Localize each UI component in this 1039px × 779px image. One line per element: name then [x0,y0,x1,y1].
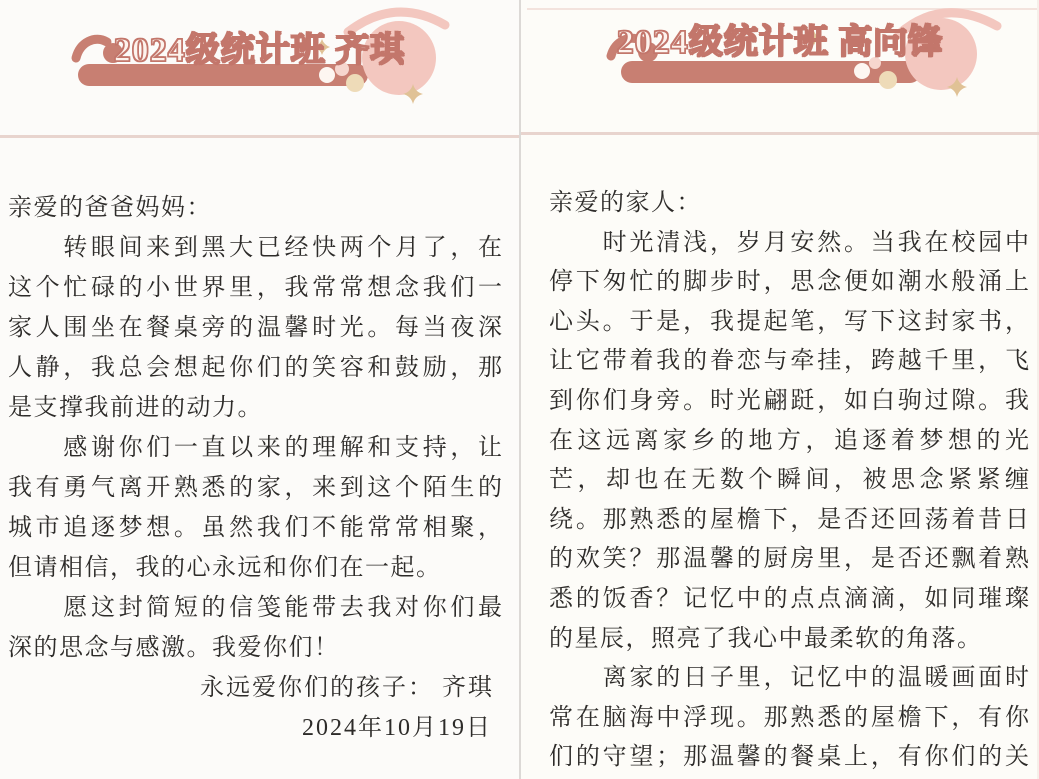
letter-line: 让它带着我的眷恋与牵挂，跨越千里，飞 [549,342,1029,382]
letter-line: 亲爱的家人： [549,184,1029,224]
date-line: 2024年10月19日 [8,708,502,748]
letter-body-gaoxiangfeng: 亲爱的家人： 时光清浅，岁月安然。当我在校园中 停下匆忙的脚步时，思念便如潮水般… [549,184,1029,778]
header-divider [521,132,1039,135]
letter-line: 芒，却也在无数个瞬间，被思念紧紧缠 [549,461,1029,501]
letter-line: 是支撑我前进的动力。 [8,388,502,428]
letter-line: 时光清浅，岁月安然。当我在校园中 [549,224,1029,264]
letter-line: 离家的日子里，记忆中的温暖画面时 [549,659,1029,699]
letter-line: 深的思念与感激。我爱你们！ [8,628,502,668]
dot-white [854,63,870,79]
letter-line: 这个忙碌的小世界里，我常常想念我们一 [8,268,502,308]
letter-line: 的欢笑？那温馨的厨房里，是否还飘着熟 [549,540,1029,580]
letter-line: 感谢你们一直以来的理解和支持，让 [8,428,502,468]
letter-line: 转眼间来到黑大已经快两个月了，在 [8,228,502,268]
letter-line: 城市追逐梦想。虽然我们不能常常相聚， [8,508,502,548]
letter-line: 绕。那熟悉的屋檐下，是否还回荡着昔日 [549,501,1029,541]
letter-line: 的星辰，照亮了我心中最柔软的角落。 [549,620,1029,660]
dot-gold [879,71,897,89]
dot-white [319,67,335,83]
banner-title-gaoxiangfeng: 2024级统计班 高向锋 [521,25,1039,61]
letter-line: 但请相信，我的心永远和你们在一起。 [8,548,502,588]
letter-line: 到你们身旁。时光翩跹，如白驹过隙。我 [549,382,1029,422]
letter-page-gaoxiangfeng: 2024级统计班 高向锋 亲爱的家人： 时光清浅，岁月安然。当我在校园中 停下匆… [521,0,1039,779]
letter-line: 悉的饭香？记忆中的点点滴滴，如同璀璨 [549,580,1029,620]
letter-line: 亲爱的爸爸妈妈： [8,188,502,228]
letter-line: 心头。于是，我提起笔，写下这封家书， [549,303,1029,343]
banner-decoration [0,0,519,140]
letter-line: 们的守望；那温馨的餐桌上，有你们的关 [549,738,1029,778]
banner-qiqi: 2024级统计班 齐琪 [0,0,519,140]
header-divider [0,135,519,138]
banner-title-qiqi: 2024级统计班 齐琪 [0,33,519,69]
letter-page-qiqi: 2024级统计班 齐琪 亲爱的爸爸妈妈： 转眼间来到黑大已经快两个月了，在 这个… [0,0,519,779]
letter-line: 家人围坐在餐桌旁的温馨时光。每当夜深 [8,308,502,348]
signature-line: 永远爱你们的孩子： 齐琪 [8,668,502,708]
letter-body-qiqi: 亲爱的爸爸妈妈： 转眼间来到黑大已经快两个月了，在 这个忙碌的小世界里，我常常想… [8,188,502,748]
banner-decoration [521,0,1039,140]
letter-line: 愿这封简短的信笺能带去我对你们最 [8,588,502,628]
letter-line: 常在脑海中浮现。那熟悉的屋檐下，有你 [549,699,1029,739]
letter-line: 人静，我总会想起你们的笑容和鼓励，那 [8,348,502,388]
letter-line: 在这远离家乡的地方，追逐着梦想的光 [549,422,1029,462]
banner-gaoxiangfeng: 2024级统计班 高向锋 [521,0,1039,140]
dot-gold [346,74,364,92]
letter-line: 停下匆忙的脚步时，思念便如潮水般涌上 [549,263,1029,303]
letter-line: 我有勇气离开熟悉的家，来到这个陌生的 [8,468,502,508]
